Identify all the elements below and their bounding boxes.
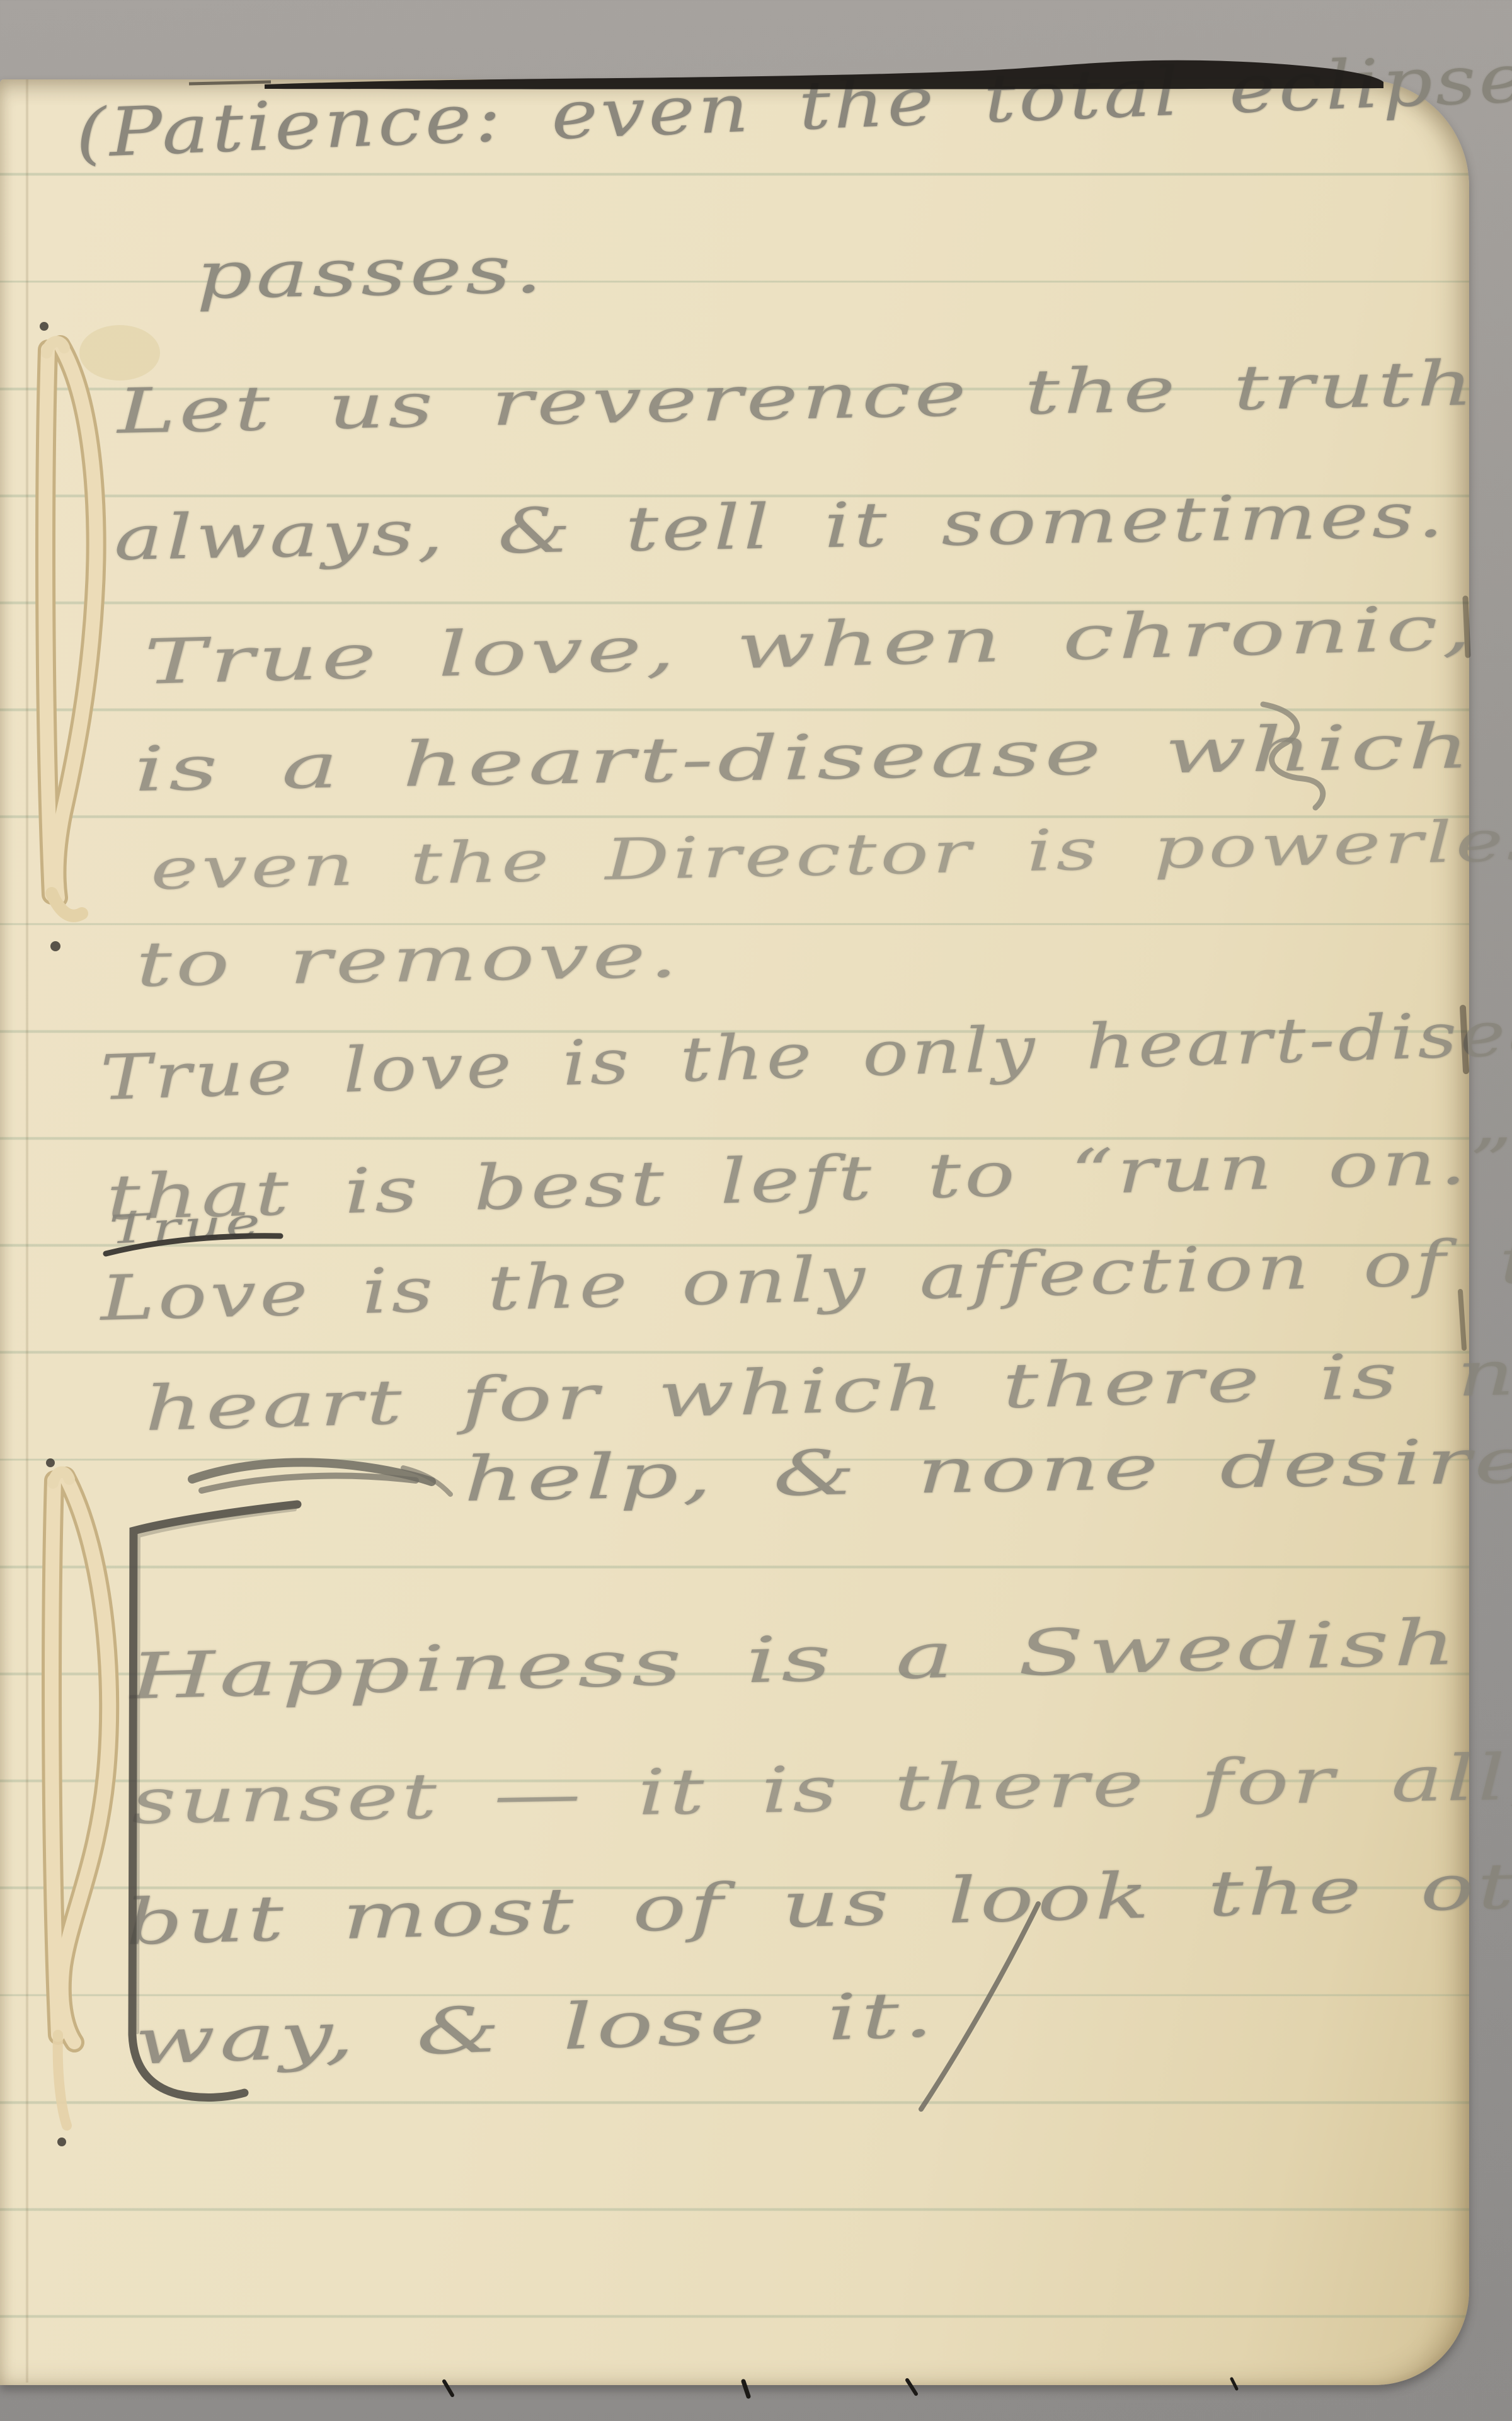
- scan-background: (Patience: even the total eclipse passes…: [0, 0, 1512, 2421]
- handwritten-line: help, & none desired: [463, 1429, 1512, 1511]
- page-crease: [25, 79, 29, 2383]
- handwritten-line: passes.: [195, 236, 546, 308]
- handwritten-line: to remove.: [135, 925, 682, 996]
- handwritten-line-deleted: True: [108, 1203, 265, 1250]
